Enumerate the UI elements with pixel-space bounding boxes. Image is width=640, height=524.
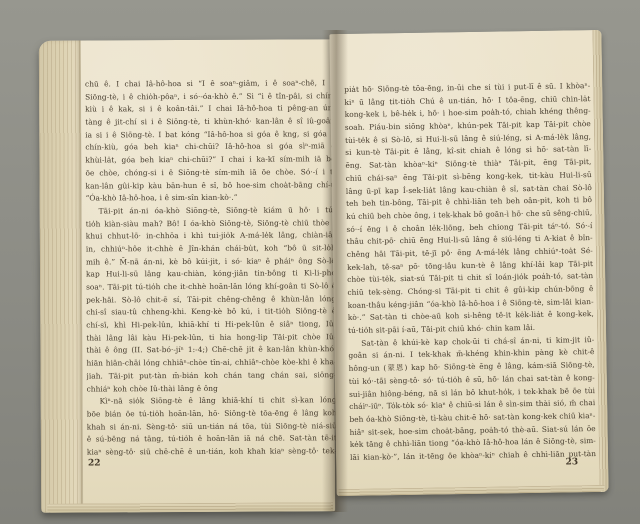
text-line: khùi-la̍t, góa beh kiaⁿ chi-chūi?” I cha… xyxy=(85,153,335,167)
text-line: bōe bián ōe tú-tio̍h hoān-lān, hō· Siōng… xyxy=(87,407,337,421)
text-line: chí-sī, khì Hi-pek-lûn, khiā-khí ti Hi-p… xyxy=(86,318,336,332)
text-line: kan-lân gûi-kip kàu bān-hun ê sî, bô hoe… xyxy=(85,179,335,193)
text-line: chū ê. I chai Iâ-hô-hoa si “I ê soaⁿ-giâ… xyxy=(85,77,335,91)
text-line: jiah. Tāi-pit put-tàn m̄-bián koh chán t… xyxy=(86,369,336,383)
left-page-text: chū ê. I chai Iâ-hô-hoa si “I ê soaⁿ-giâ… xyxy=(85,77,337,459)
right-page-bottom-edge xyxy=(339,485,605,496)
text-line: hiān hiān-chāi lóng chhiâⁿ-chòe tîn-ai, … xyxy=(86,356,336,370)
text-line: Tāi-pit án-ni óa-khò Siōng-tè, Siōng-tè … xyxy=(86,204,336,218)
left-page-bottom-edge xyxy=(47,502,333,512)
text-line: soaⁿ. Tāi-pit tú-tio̍h che it-chhè hoān-… xyxy=(86,280,336,294)
left-page-fore-edge xyxy=(39,41,83,513)
text-line: ê sú-bēng ná tāng, tú-tio̍h ê hoān-lān i… xyxy=(87,432,337,446)
left-page: chū ê. I chai Iâ-hô-hoa si “I ê soaⁿ-giâ… xyxy=(39,39,335,513)
text-line: ōe chòe, chóng-si i ê Siōng-tè sím-mih i… xyxy=(85,166,335,180)
text-line: khui chhut-lō· in-chhōa i khì tui-jio̍k … xyxy=(86,229,336,243)
text-line: tàng ê jit-chí si i ê Siōng-tè, ti khùn-… xyxy=(85,115,335,129)
book-spread-photo: chū ê. I chai Iâ-hô-hoa si “I ê soaⁿ-giâ… xyxy=(0,0,640,524)
text-line: lāi kian-kò·”, lán it-tēng ōe khòaⁿ-kiⁿ … xyxy=(350,448,596,465)
text-line: in, chhiúⁿ-hôe it-chhè ê Jîn-khán chái-b… xyxy=(86,242,336,256)
right-page-number: 23 xyxy=(566,457,579,467)
left-page-number: 22 xyxy=(88,458,101,468)
text-line: Kìⁿ-nā sio̍k Siōng-tè ê lâng khiā-khí ti… xyxy=(87,394,337,408)
right-page-text: pia̍t hō· Siōng-tè tōa-ēng, in-ūi che si… xyxy=(344,80,596,464)
text-line: kiaⁿ sèng-tô· siū chē-chē ê un-tián, koh… xyxy=(87,445,337,459)
right-page: pia̍t hō· Siōng-tè tōa-ēng, in-ūi che si… xyxy=(329,30,608,496)
